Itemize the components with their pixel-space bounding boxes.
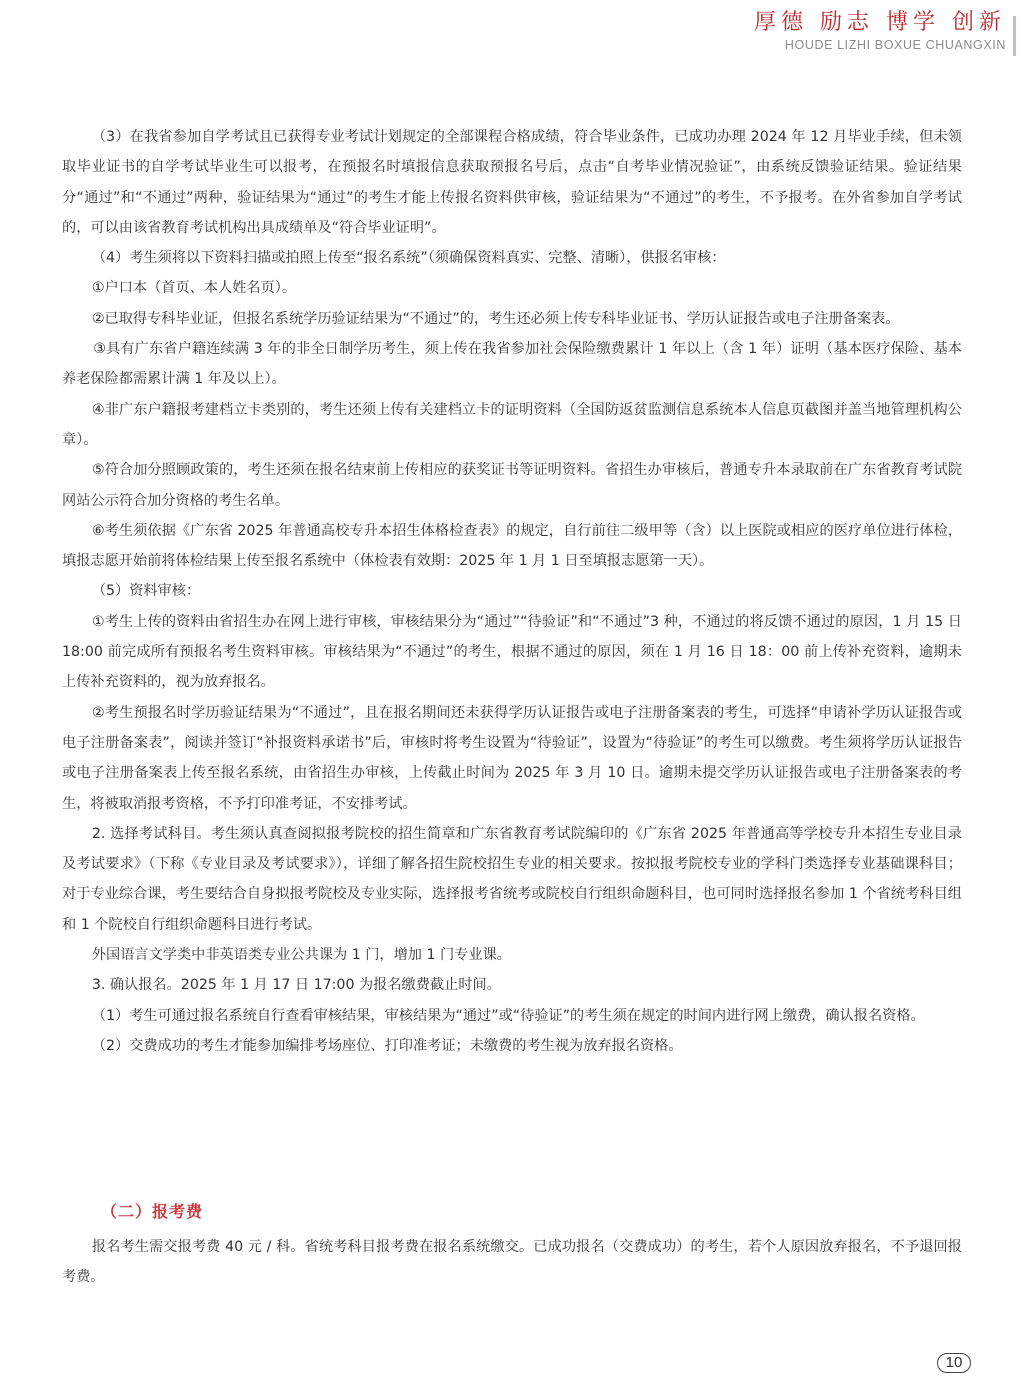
step-3-confirm: 3. 确认报名。2025 年 1 月 17 日 17:00 为报名缴费截止时间。 xyxy=(62,970,962,1000)
confirm-item-1: （1）考生可通过报名系统自行查看审核结果，审核结果为“通过”或“待验证”的考生须… xyxy=(62,1001,962,1031)
section-title-fee: （二）报考费 xyxy=(101,1199,203,1222)
document-body: （3）在我省参加自学考试且已获得专业考试计划规定的全部课程合格成绩，符合毕业条件… xyxy=(62,122,962,1061)
motto-chinese: 厚德 励志 博学 创新 xyxy=(754,10,1006,36)
page-number: 10 xyxy=(937,1353,971,1373)
item-1: ①户口本（首页、本人姓名页）。 xyxy=(62,273,962,303)
confirm-item-2: （2）交费成功的考生才能参加编排考场座位、打印准考证；未缴费的考生视为放弃报名资… xyxy=(62,1031,962,1061)
motto-english: HOUDE LIZHI BOXUE CHUANGXIN xyxy=(754,37,1006,53)
item-3: ③具有广东省户籍连续满 3 年的非全日制学历考生，须上传在我省参加社会保险缴费累… xyxy=(62,334,962,395)
review-item-2: ②考生预报名时学历验证结果为“不通过”，且在报名期间还未获得学历认证报告或电子注… xyxy=(62,698,962,819)
page-header: 厚德 励志 博学 创新 HOUDE LIZHI BOXUE CHUANGXIN xyxy=(754,10,1006,53)
review-item-1: ①考生上传的资料由省招生办在网上进行审核，审核结果分为“通过”“待验证”和“不通… xyxy=(62,607,962,698)
item-4: ④非广东户籍报考建档立卡类别的，考生还须上传有关建档立卡的证明资料（全国防返贫监… xyxy=(62,395,962,456)
header-divider xyxy=(1013,16,1016,56)
paragraph-4: （4）考生须将以下资料扫描或拍照上传至“报名系统”（须确保资料真实、完整、清晰）… xyxy=(62,243,962,273)
item-6: ⑥考生须依据《广东省 2025 年普通高校专升本招生体格检查表》的规定，自行前往… xyxy=(62,516,962,577)
item-2: ②已取得专科毕业证，但报名系统学历验证结果为“不通过”的，考生还必须上传专科毕业… xyxy=(62,304,962,334)
foreign-language-note: 外国语言文学类中非英语类专业公共课为 1 门，增加 1 门专业课。 xyxy=(62,940,962,970)
fee-paragraph: 报名考生需交报考费 40 元 / 科。省统考科目报考费在报名系统缴交。已成功报名… xyxy=(62,1232,962,1293)
paragraph-5: （5）资料审核： xyxy=(62,576,962,606)
step-2-select-subjects: 2. 选择考试科目。考生须认真查阅拟报考院校的招生简章和广东省教育考试院编印的《… xyxy=(62,819,962,940)
item-5: ⑤符合加分照顾政策的，考生还须在报名结束前上传相应的获奖证书等证明资料。省招生办… xyxy=(62,455,962,516)
paragraph-3: （3）在我省参加自学考试且已获得专业考试计划规定的全部课程合格成绩，符合毕业条件… xyxy=(62,122,962,243)
